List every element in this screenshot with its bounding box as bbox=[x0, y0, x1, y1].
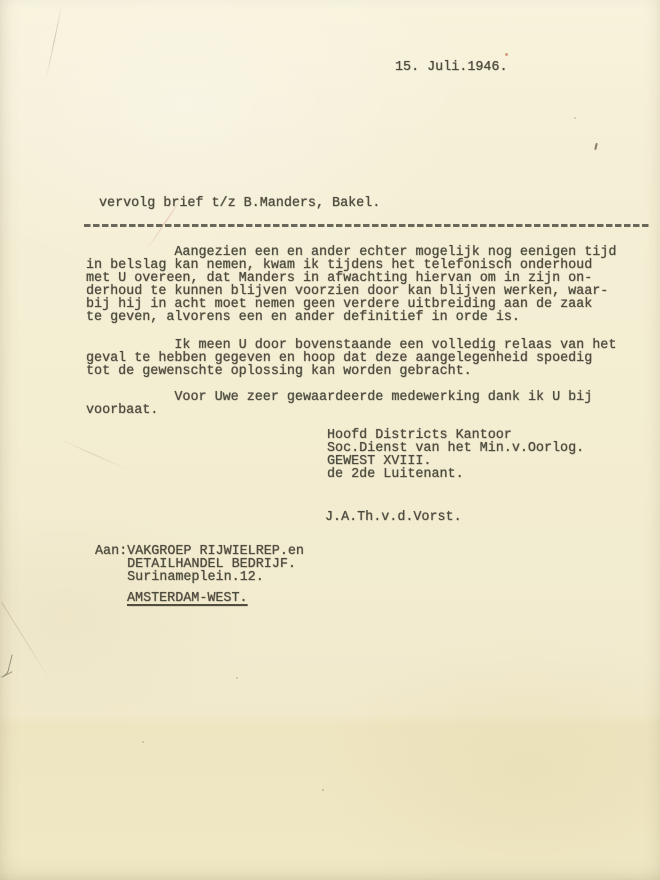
paper-crease-mid-left bbox=[58, 438, 130, 471]
body-paragraph-2: Ik meen U door bovenstaande een volledig… bbox=[86, 339, 616, 378]
recipient-city: AMSTERDAM-WEST. bbox=[127, 592, 248, 605]
paper-speck bbox=[574, 117, 576, 119]
paper-crease-top-left bbox=[45, 2, 63, 80]
body-paragraph-1: Aangezien een en ander echter mogelijk n… bbox=[86, 246, 616, 324]
subject-line: vervolg brief t/z B.Manders, Bakel. bbox=[99, 197, 380, 210]
recipient-address-block: Aan:VAKGROEP RIJWIELREP.en DETAILHANDEL … bbox=[95, 545, 304, 584]
scanned-letter-page: 15. Juli.1946. vervolg brief t/z B.Mande… bbox=[0, 0, 660, 880]
red-ink-speck bbox=[505, 53, 508, 56]
paper-speck bbox=[236, 677, 238, 679]
pen-mark-left-edge bbox=[0, 652, 13, 678]
typed-divider-line bbox=[84, 224, 650, 227]
paper-crease-lower-left bbox=[1, 602, 51, 681]
pen-mark-left-edge-stroke bbox=[1, 671, 12, 678]
paper-speck bbox=[322, 789, 324, 791]
signer-name: J.A.Th.v.d.Vorst. bbox=[325, 511, 462, 524]
sender-office-block: Hoofd Districts Kantoor Soc.Dienst van h… bbox=[327, 429, 584, 481]
paper-speck bbox=[142, 741, 144, 743]
letter-date: 15. Juli.1946. bbox=[395, 61, 508, 74]
body-paragraph-3: Voor Uwe zeer gewaardeerde medewerking d… bbox=[86, 391, 592, 417]
stray-ink-mark bbox=[594, 143, 598, 150]
